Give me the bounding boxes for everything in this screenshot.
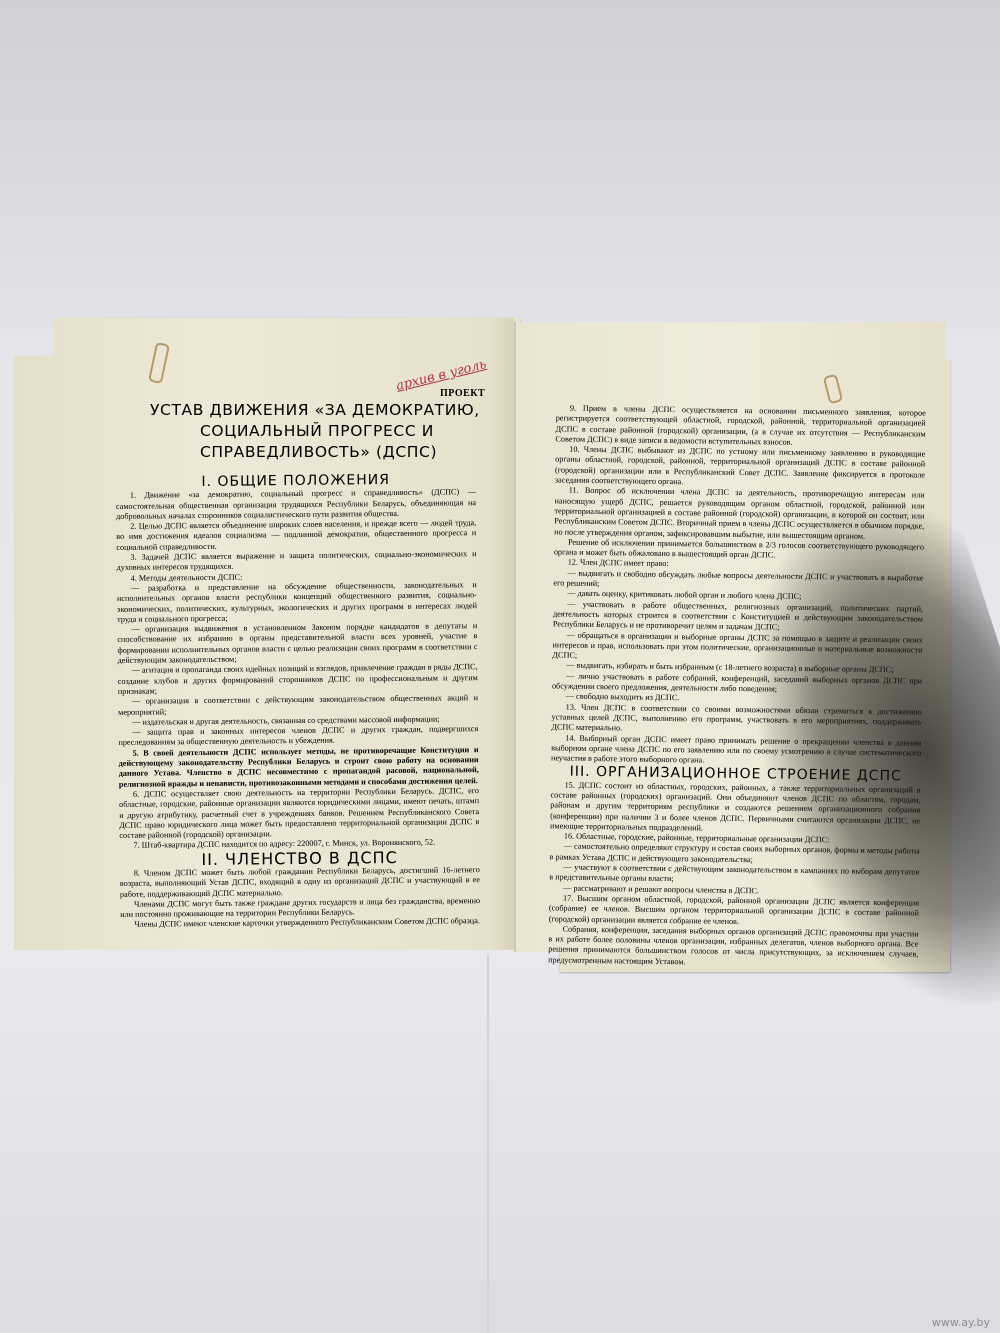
paragraph: 11. Вопрос об исключении члена ДСПС за д… <box>554 486 925 543</box>
section-1-body: 1. Движение «за демократию, социальный п… <box>116 487 480 851</box>
paragraph: 17. Высшим органом областной, городской,… <box>549 893 919 929</box>
paragraph: 10. Члены ДСПС выбывают из ДСПС по устно… <box>555 445 926 491</box>
title-line: СОЦИАЛЬНЫЙ ПРОГРЕСС И <box>150 421 480 442</box>
paragraph: 8. Членом ДСПС может быть любой граждани… <box>120 865 480 900</box>
paragraph: 6. ДСПС осуществляет свою деятельность н… <box>119 786 480 841</box>
paragraph: 9. Прием в члены ДСПС осуществляется на … <box>555 403 926 449</box>
draft-label: ПРОЕКТ <box>440 388 485 399</box>
paragraph: — разработка и представление на обсужден… <box>117 580 477 625</box>
title-line: СПРАВЕДЛИВОСТЬ» (ДСПС) <box>150 442 480 463</box>
wall-background <box>0 0 1000 330</box>
section-2-body: 8. Членом ДСПС может быть любой граждани… <box>120 865 481 931</box>
membership-continued-body: 9. Прием в члены ДСПС осуществляется на … <box>551 403 926 769</box>
title-line: УСТАВ ДВИЖЕНИЯ «ЗА ДЕМОКРАТИЮ, <box>150 400 480 421</box>
page-spine <box>514 322 516 952</box>
paragraph: Собрания, конференции, заседания выборны… <box>548 924 919 970</box>
paragraph: 5. В своей деятельности ДСПС использует … <box>118 745 478 790</box>
right-page-text: 9. Прием в члены ДСПС осуществляется на … <box>548 403 926 970</box>
paragraph: 1. Движение «за демократию, социальный п… <box>116 487 476 522</box>
section-heading: II. ЧЛЕНСТВО В ДСПС <box>120 852 480 866</box>
paragraph: — агитация и пропаганда своих идейных по… <box>118 662 478 697</box>
section-heading: I. ОБЩИЕ ПОЛОЖЕНИЯ <box>116 474 476 488</box>
tablecloth-fold <box>487 955 489 1333</box>
paragraph: 2. Целью ДСПС является объединение широк… <box>116 518 476 553</box>
paragraph: 15. ДСПС состоит из областных, городских… <box>550 780 921 837</box>
paragraph: — участвовать в работе общественных, рел… <box>553 599 923 635</box>
watermark: www.ay.by <box>932 1316 990 1329</box>
paragraph: — организация выдвижения в установленном… <box>117 621 477 666</box>
section-3-body: 15. ДСПС состоит из областных, городских… <box>548 780 921 970</box>
section-heading: III. ОРГАНИЗАЦИОННОЕ СТРОЕНИЕ ДСПС <box>551 767 921 782</box>
left-page-text: I. ОБЩИЕ ПОЛОЖЕНИЯ 1. Движение «за демок… <box>116 471 481 931</box>
paragraph: — обращаться в организации и выборные ор… <box>552 630 922 666</box>
document-title: УСТАВ ДВИЖЕНИЯ «ЗА ДЕМОКРАТИЮ, СОЦИАЛЬНЫ… <box>150 400 480 463</box>
paragraph: 13. Член ДСПС в соответствии со своими в… <box>551 702 921 738</box>
paragraph: 14. Выборный орган ДСПС имеет право прин… <box>551 733 921 769</box>
